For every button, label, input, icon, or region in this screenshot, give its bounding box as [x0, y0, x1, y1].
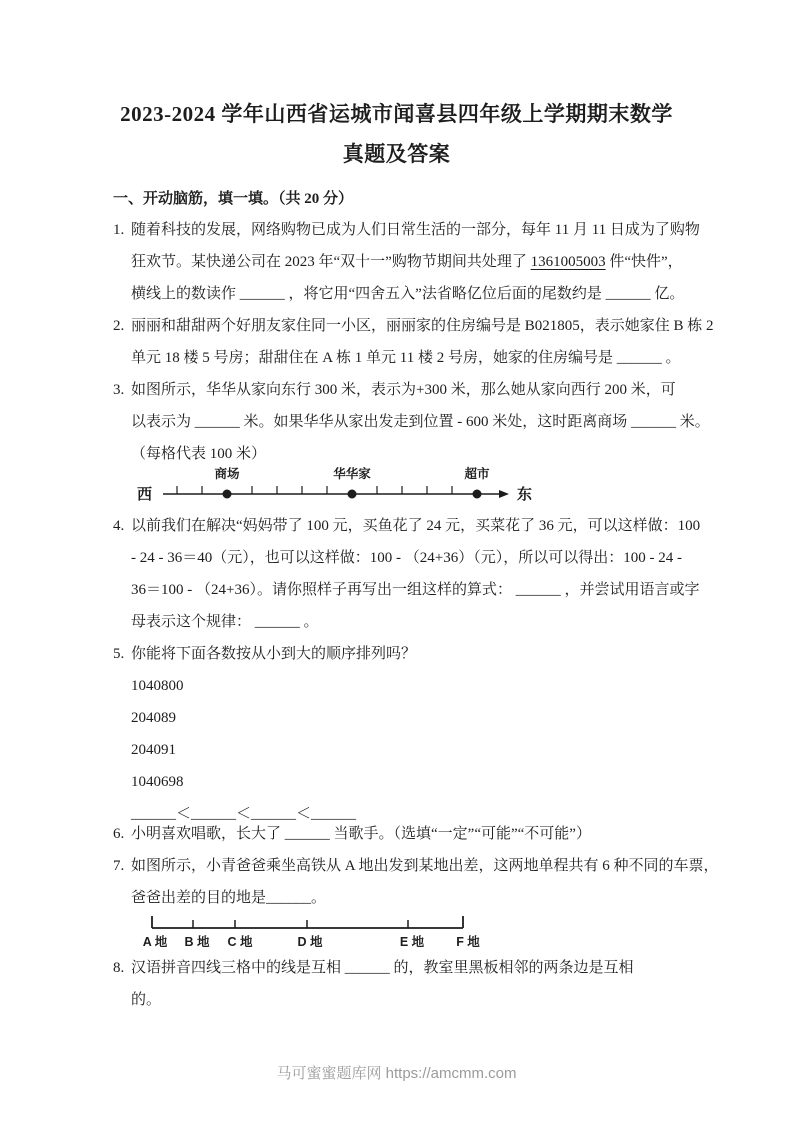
footer-site-link[interactable]: 马可蜜蜜题库网 https://amcmm.com: [276, 1065, 516, 1082]
underlined-number: 1361005003: [531, 254, 606, 270]
question-text: 以表示为 ______ 米。如果华华从家出发走到位置 - 600 米处，这时距离…: [131, 414, 710, 430]
station-label-b: B 地: [184, 934, 210, 949]
question-line: 5.你能将下面各数按从小到大的顺序排列吗？: [131, 638, 793, 670]
question-line: 8.汉语拼音四线三格中的线是互相 ______ 的，教室里黑板相邻的两条边是互相: [131, 952, 793, 984]
stations-diagram: A 地 B 地 C 地 D 地 E 地 F 地: [131, 908, 793, 952]
question-7: 7.如图所示，小青爸爸乘坐高铁从 A 地出发到某地出差，这两地单程共有 6 种不…: [131, 850, 793, 914]
question-text: 如图所示，小青爸爸乘坐高铁从 A 地出发到某地出差，这两地单程共有 6 种不同的…: [131, 858, 719, 874]
question-2: 2.丽丽和甜甜两个好朋友家住同一小区，丽丽家的住房编号是 B021805，表示她…: [131, 310, 793, 374]
question-text: 随着科技的发展，网络购物已成为人们日常生活的一部分，每年 11 月 11 日成为…: [131, 222, 700, 238]
question-line: 爸爸出差的目的地是______。: [131, 882, 793, 914]
station-label-f: F 地: [456, 934, 480, 949]
home-point: [348, 490, 357, 499]
number-item: 204091: [131, 734, 793, 766]
question-1: 1.随着科技的发展，网络购物已成为人们日常生活的一部分，每年 11 月 11 日…: [131, 214, 793, 310]
east-arrow-icon: [499, 490, 509, 498]
question-line: 6.小明喜欢唱歌，长大了 ______ 当歌手。（选填“一定”“可能”“不可能”…: [131, 818, 793, 850]
question-line: 3.如图所示，华华从家向东行 300 米，表示为+300 米，那么她从家向西行 …: [131, 374, 793, 406]
question-line: - 24 - 36＝40（元），也可以这样做：100 - （24+36）（元），…: [131, 542, 793, 574]
station-label-a: A 地: [143, 934, 168, 949]
question-number: 4.: [113, 510, 124, 542]
exam-title: 2023-2024 学年山西省运城市闻喜县四年级上学期期末数学 真题及答案: [0, 0, 793, 174]
number-item: 1040800: [131, 670, 793, 702]
question-text: （每格代表 100 米）: [131, 446, 266, 462]
question-text: 单元 18 楼 5 号房；甜甜住在 A 栋 1 单元 11 楼 2 号房，她家的…: [131, 350, 680, 366]
question-text: 以前我们在解决“妈妈带了 100 元，买鱼花了 24 元，买菜花了 36 元，可…: [131, 518, 700, 534]
question-text: - 24 - 36＝40（元），也可以这样做：100 - （24+36）（元），…: [131, 550, 682, 566]
question-line: 2.丽丽和甜甜两个好朋友家住同一小区，丽丽家的住房编号是 B021805，表示她…: [131, 310, 793, 342]
question-line: 36＝100 - （24+36）。请你照样子再写出一组这样的算式： ______…: [131, 574, 793, 606]
question-line: （每格代表 100 米）: [131, 438, 793, 470]
question-text: 爸爸出差的目的地是______。: [131, 890, 326, 906]
question-text: 的。: [131, 992, 161, 1008]
exam-title-line-2: 真题及答案: [0, 134, 793, 174]
footer: 马可蜜蜜题库网 https://amcmm.com: [0, 1062, 793, 1086]
question-text: 小明喜欢唱歌，长大了 ______ 当歌手。（选填“一定”“可能”“不可能”）: [131, 826, 591, 842]
tick-marks: [177, 486, 452, 494]
question-6: 6.小明喜欢唱歌，长大了 ______ 当歌手。（选填“一定”“可能”“不可能”…: [131, 818, 793, 850]
number-item: 204089: [131, 702, 793, 734]
question-text: 狂欢节。某快递公司在 2023 年“双十一”购物节期间共处理了: [131, 254, 531, 270]
station-label-c: C 地: [227, 934, 253, 949]
questions-area: 1.随着科技的发展，网络购物已成为人们日常生活的一部分，每年 11 月 11 日…: [0, 214, 793, 1016]
question-line: 母表示这个规律： ______ 。: [131, 606, 793, 638]
question-line: 狂欢节。某快递公司在 2023 年“双十一”购物节期间共处理了 13610050…: [131, 246, 793, 278]
question-line: 的。: [131, 984, 793, 1016]
question-number: 2.: [113, 310, 124, 342]
question-number: 3.: [113, 374, 124, 406]
question-text: 汉语拼音四线三格中的线是互相 ______ 的，教室里黑板相邻的两条边是互相: [131, 960, 634, 976]
question-number: 7.: [113, 850, 124, 882]
question-8: 8.汉语拼音四线三格中的线是互相 ______ 的，教室里黑板相邻的两条边是互相…: [131, 952, 793, 1016]
question-text: 母表示这个规律： ______ 。: [131, 614, 319, 630]
question-text: 横线上的数读作 ______ ，将它用“四舍五入”法省略亿位后面的尾数约是 __…: [131, 286, 684, 302]
question-line: 横线上的数读作 ______ ，将它用“四舍五入”法省略亿位后面的尾数约是 __…: [131, 278, 793, 310]
exam-title-line-1: 2023-2024 学年山西省运城市闻喜县四年级上学期期末数学: [0, 94, 793, 134]
question-line: 1.随着科技的发展，网络购物已成为人们日常生活的一部分，每年 11 月 11 日…: [131, 214, 793, 246]
mall-point: [223, 490, 232, 499]
document-page: 2023-2024 学年山西省运城市闻喜县四年级上学期期末数学 真题及答案 一、…: [0, 0, 793, 1122]
question-number: 5.: [113, 638, 124, 670]
number-item: 1040698: [131, 766, 793, 798]
east-label: 东: [517, 485, 532, 503]
question-4: 4.以前我们在解决“妈妈带了 100 元，买鱼花了 24 元，买菜花了 36 元…: [131, 510, 793, 638]
number-line-diagram: 西 商场 华华家 超市 东: [131, 464, 793, 510]
west-label: 西: [137, 486, 152, 503]
question-text: 如图所示，华华从家向东行 300 米，表示为+300 米，那么她从家向西行 20…: [131, 382, 676, 398]
question-text: 件“快件”，: [606, 254, 683, 270]
question-number: 8.: [113, 952, 124, 984]
supermarket-point: [473, 490, 482, 499]
question-3: 3.如图所示，华华从家向东行 300 米，表示为+300 米，那么她从家向西行 …: [131, 374, 793, 470]
station-ticks: [193, 920, 408, 928]
station-label-e: E 地: [400, 934, 425, 949]
question-line: 单元 18 楼 5 号房；甜甜住在 A 栋 1 单元 11 楼 2 号房，她家的…: [131, 342, 793, 374]
question-line: 7.如图所示，小青爸爸乘坐高铁从 A 地出发到某地出差，这两地单程共有 6 种不…: [131, 850, 793, 882]
question-number: 1.: [113, 214, 124, 246]
section-heading: 一、开动脑筋，填一填。（共 20 分）: [0, 184, 793, 214]
question-text: 丽丽和甜甜两个好朋友家住同一小区，丽丽家的住房编号是 B021805，表示她家住…: [131, 318, 714, 334]
question-text: 36＝100 - （24+36）。请你照样子再写出一组这样的算式： ______…: [131, 582, 699, 598]
question-5: 5.你能将下面各数按从小到大的顺序排列吗？ 1040800 204089 204…: [131, 638, 793, 830]
question-line: 以表示为 ______ 米。如果华华从家出发走到位置 - 600 米处，这时距离…: [131, 406, 793, 438]
question-line: 4.以前我们在解决“妈妈带了 100 元，买鱼花了 24 元，买菜花了 36 元…: [131, 510, 793, 542]
station-label-d: D 地: [297, 934, 323, 949]
question-text: 你能将下面各数按从小到大的顺序排列吗？: [131, 646, 416, 662]
question-number: 6.: [113, 818, 124, 850]
